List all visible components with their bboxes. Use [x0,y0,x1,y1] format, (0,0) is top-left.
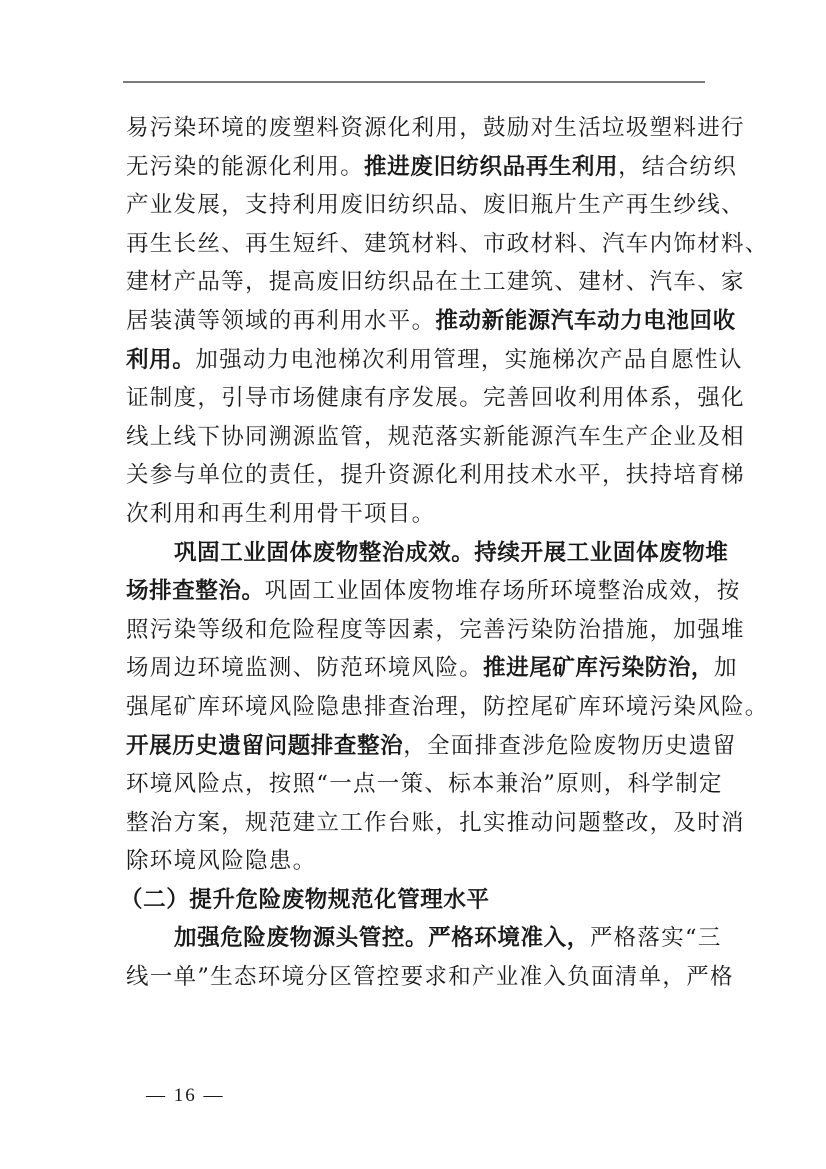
text-run: 强尾矿库环境风险隐患排查治理，防控尾矿库环境污染风险。 [126,694,769,720]
text-run: 次利用和再生利用骨干项目。 [126,501,435,527]
text-run: 线一单”生态环境分区管控要求和产业准入负面清单，严格 [126,964,734,990]
text-line: 再生长丝、再生短纤、建筑材料、市政材料、汽车内饰材料、 [126,225,708,264]
text-line: 建材产品等，提高废旧纺织品在土工建筑、建材、汽车、家 [126,263,708,302]
text-run: 场周边环境监测、防范环境风险。 [126,655,483,681]
section-heading-text: （二）提升危险废物规范化管理水平 [120,887,490,913]
text-line: 除环境风险隐患。 [126,842,708,881]
text-line: 场周边环境监测、防范环境风险。推进尾矿库污染防治，加 [126,649,708,688]
text-run: 线上线下协同溯源监管，规范落实新能源汽车生产企业及相 [126,424,745,450]
text-run: 易污染环境的废塑料资源化利用，鼓励对生活垃圾塑料进行 [126,115,745,141]
bold-phrase: 推进尾矿库污染防治， [483,655,714,681]
text-line: 强尾矿库环境风险隐患排查治理，防控尾矿库环境污染风险。 [126,688,708,727]
text-line: 照污染等级和危险程度等因素，完善污染防治措施，加强堆 [126,611,708,650]
text-run: 加 [714,655,738,681]
text-run: 再生长丝、再生短纤、建筑材料、市政材料、汽车内饰材料、 [126,231,769,257]
text-run: ，全面排查涉危险废物历史遗留 [403,733,736,759]
text-line: 加强危险废物源头管控。严格环境准入，严格落实“三 [126,919,708,958]
text-line: 巩固工业固体废物整治成效。持续开展工业固体废物堆 [126,534,708,573]
header-rule [123,81,705,83]
text-run: 建材产品等，提高废旧纺织品在土工建筑、建材、汽车、家 [126,269,745,295]
text-line: 场排查整治。巩固工业固体废物堆存场所环境整治成效，按 [126,572,708,611]
text-line: 关参与单位的责任，提升资源化利用技术水平，扶持培育梯 [126,456,708,495]
text-run: 加强动力电池梯次利用管理，实施梯次产品自愿性认 [195,347,742,373]
bold-phrase: 利用。 [126,347,195,373]
bold-phrase: 开展历史遗留问题排查整治 [126,733,403,759]
document-body: 易污染环境的废塑料资源化利用，鼓励对生活垃圾塑料进行 无污染的能源化利用。推进废… [126,109,708,997]
text-run: 除环境风险隐患。 [126,848,316,874]
page-number: — 16 — [146,1085,225,1107]
text-run: 关参与单位的责任，提升资源化利用技术水平，扶持培育梯 [126,462,745,488]
text-line: 线上线下协同溯源监管，规范落实新能源汽车生产企业及相 [126,418,708,457]
bold-phrase: 推进废旧纺织品再生利用 [364,154,618,180]
text-line: 无污染的能源化利用。推进废旧纺织品再生利用，结合纺织 [126,148,708,187]
text-run: 照污染等级和危险程度等因素，完善污染防治措施，加强堆 [126,617,745,643]
text-line: 产业发展，支持利用废旧纺织品、废旧瓶片生产再生纱线、 [126,186,708,225]
bold-phrase: 推动新能源汽车动力电池回收 [435,308,735,334]
text-line: 线一单”生态环境分区管控要求和产业准入负面清单，严格 [126,958,708,997]
text-run: 居装潢等领域的再利用水平。 [126,308,435,334]
text-run: 证制度，引导市场健康有序发展。完善回收利用体系，强化 [126,385,745,411]
text-line: 整治方案，规范建立工作台账，扎实推动问题整改，及时消 [126,804,708,843]
text-line: 易污染环境的废塑料资源化利用，鼓励对生活垃圾塑料进行 [126,109,708,148]
text-line: 证制度，引导市场健康有序发展。完善回收利用体系，强化 [126,379,708,418]
text-run: 产业发展，支持利用废旧纺织品、废旧瓶片生产再生纱线、 [126,192,745,218]
bold-phrase: 巩固工业固体废物整治成效。持续开展工业固体废物堆 [174,540,728,566]
text-line: 利用。加强动力电池梯次利用管理，实施梯次产品自愿性认 [126,341,708,380]
text-line: 次利用和再生利用骨干项目。 [126,495,708,534]
text-line: 环境风险点，按照“一点一策、标本兼治”原则，科学制定 [126,765,708,804]
bold-phrase: 场排查整治。 [126,578,265,604]
text-line: 开展历史遗留问题排查整治，全面排查涉危险废物历史遗留 [126,727,708,766]
text-run: 巩固工业固体废物堆存场所环境整治成效，按 [265,578,741,604]
text-run: 严格落实“三 [590,925,722,951]
text-run: ，结合纺织 [618,154,737,180]
text-run: 环境风险点，按照“一点一策、标本兼治”原则，科学制定 [126,771,723,797]
text-line: 居装潢等领域的再利用水平。推动新能源汽车动力电池回收 [126,302,708,341]
bold-phrase: 加强危险废物源头管控。严格环境准入， [174,925,590,951]
section-heading: （二）提升危险废物规范化管理水平 [126,881,708,920]
text-run: 整治方案，规范建立工作台账，扎实推动问题整改，及时消 [126,810,745,836]
text-run: 无污染的能源化利用。 [126,154,364,180]
